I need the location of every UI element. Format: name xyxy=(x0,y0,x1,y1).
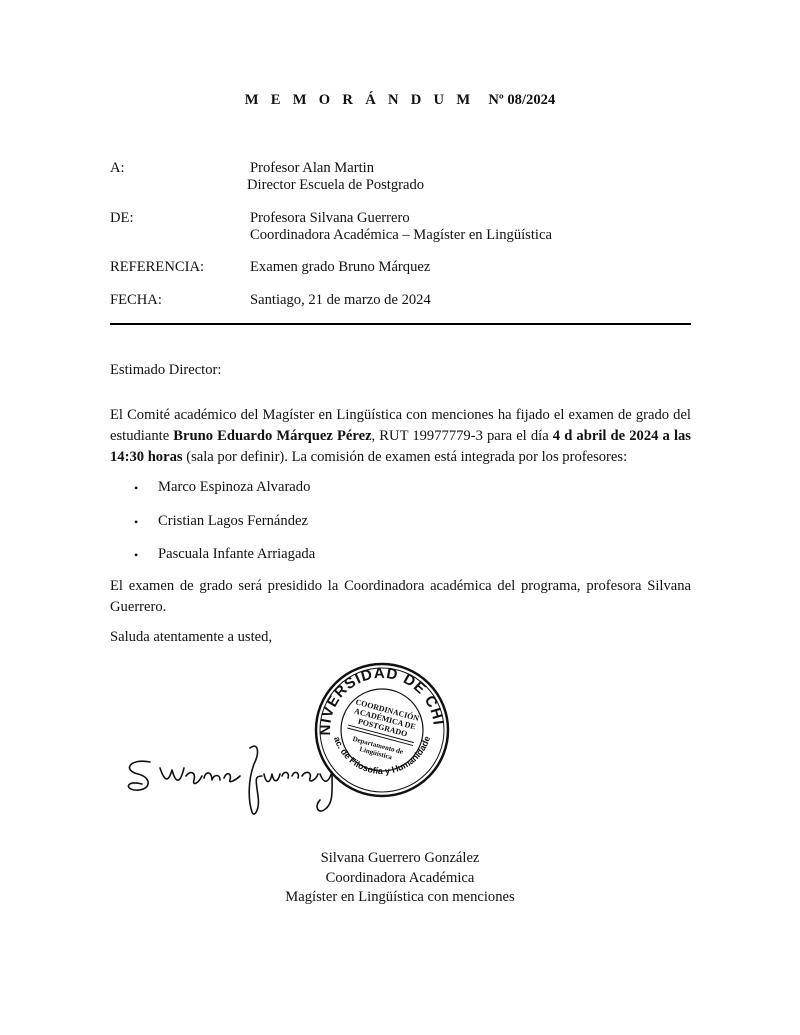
handwritten-signature-icon xyxy=(120,740,360,820)
signer-role: Coordinadora Académica xyxy=(250,869,550,889)
bullet-icon: • xyxy=(134,548,138,563)
student-name: Bruno Eduardo Márquez Pérez xyxy=(173,428,371,444)
date-value: Santiago, 21 de marzo de 2024 xyxy=(250,292,431,309)
committee-member: Pascuala Infante Arriagada xyxy=(158,546,315,563)
from-name: Profesora Silvana Guerrero xyxy=(250,210,410,227)
paragraph-president: El examen de grado será presidido la Coo… xyxy=(110,576,691,618)
to-name: Profesor Alan Martin xyxy=(250,160,374,177)
date-label: FECHA: xyxy=(110,292,162,309)
signature-block: Silvana Guerrero González Coordinadora A… xyxy=(250,849,550,908)
bullet-icon: • xyxy=(134,481,138,496)
p1-text-b: , RUT 19977779-3 para el día xyxy=(372,428,553,444)
paragraph-exam-details: El Comité académico del Magíster en Ling… xyxy=(110,405,691,468)
committee-member: Cristian Lagos Fernández xyxy=(158,513,308,530)
from-role: Coordinadora Académica – Magíster en Lin… xyxy=(250,227,552,244)
greeting: Estimado Director: xyxy=(110,360,691,381)
reference-label: REFERENCIA: xyxy=(110,259,204,276)
to-role: Director Escuela de Postgrado xyxy=(247,177,424,194)
reference-value: Examen grado Bruno Márquez xyxy=(250,259,430,276)
bullet-icon: • xyxy=(134,515,138,530)
committee-member: Marco Espinoza Alvarado xyxy=(158,479,310,496)
memo-number: Nº 08/2024 xyxy=(488,92,555,108)
memo-title: M E M O R Á N D U M Nº 08/2024 xyxy=(0,92,800,109)
signer-name: Silvana Guerrero González xyxy=(250,849,550,869)
p1-text-c: (sala por definir). La comisión de exame… xyxy=(183,449,628,465)
to-label: A: xyxy=(110,160,125,177)
closing: Saluda atentamente a usted, xyxy=(110,627,691,648)
header-divider xyxy=(110,323,691,325)
from-label: DE: xyxy=(110,210,134,227)
memo-title-text: M E M O R Á N D U M xyxy=(245,92,475,108)
signer-program: Magíster en Lingüística con menciones xyxy=(250,888,550,908)
